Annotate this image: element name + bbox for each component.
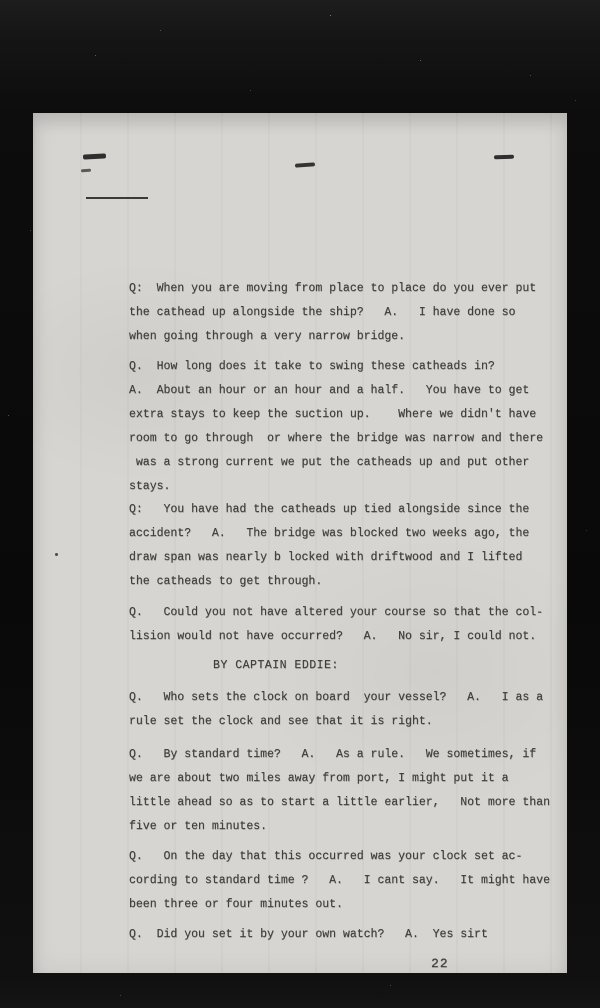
qa-paragraph: Q. Did you set it by your own watch? A. … [129, 923, 488, 947]
ink-mark [83, 153, 106, 159]
typed-line: cording to standard time ? A. I cant say… [129, 869, 550, 893]
qa-paragraph: Q: When you are moving from place to pla… [129, 277, 536, 349]
page-number: 22 [431, 952, 449, 976]
typed-line: we are about two miles away from port, I… [129, 767, 550, 791]
typed-line: extra stays to keep the suction up. Wher… [129, 403, 543, 427]
qa-paragraph: Q. How long does it take to swing these … [129, 355, 543, 499]
typed-line: five or ten minutes. [129, 815, 550, 839]
typed-line: lision would not have occurred? A. No si… [129, 625, 543, 649]
typed-line: stays. [129, 475, 543, 499]
typed-line: Q. On the day that this occurred was you… [129, 845, 550, 869]
typed-line: Q. Could you not have altered your cours… [129, 601, 543, 625]
qa-paragraph: Q: You have had the catheads up tied alo… [129, 498, 529, 594]
typed-line: room to go through or where the bridge w… [129, 427, 543, 451]
typed-line: A. About an hour or an hour and a half. … [129, 379, 543, 403]
qa-paragraph: Q. By standard time? A. As a rule. We so… [129, 743, 550, 839]
typed-line: Q. By standard time? A. As a rule. We so… [129, 743, 550, 767]
typed-line: rule set the clock and see that it is ri… [129, 710, 543, 734]
typed-line: Q: When you are moving from place to pla… [129, 277, 536, 301]
section-heading: BY CAPTAIN EDDIE: [213, 654, 339, 678]
ink-underline-mark [86, 197, 148, 199]
qa-paragraph: Q. On the day that this occurred was you… [129, 845, 550, 917]
ink-mark [295, 162, 315, 167]
typed-line: draw span was nearly b locked with drift… [129, 546, 529, 570]
typed-line: was a strong current we put the catheads… [129, 451, 543, 475]
typed-line: Q. Did you set it by your own watch? A. … [129, 923, 488, 947]
document-page: Q: When you are moving from place to pla… [33, 113, 567, 973]
typed-line: Q. Who sets the clock on board your vess… [129, 686, 543, 710]
typed-line: little ahead so as to start a little ear… [129, 791, 550, 815]
typed-line: the cathead up alongside the ship? A. I … [129, 301, 536, 325]
qa-paragraph: Q. Who sets the clock on board your vess… [129, 686, 543, 734]
qa-paragraph: Q. Could you not have altered your cours… [129, 601, 543, 649]
ink-mark [81, 169, 91, 173]
ink-speck [55, 553, 58, 556]
typed-line: when going through a very narrow bridge. [129, 325, 536, 349]
ink-mark [494, 155, 514, 160]
typed-line: the catheads to get through. [129, 570, 529, 594]
typed-line: Q. How long does it take to swing these … [129, 355, 543, 379]
typed-line: Q: You have had the catheads up tied alo… [129, 498, 529, 522]
typed-line: been three or four minutes out. [129, 893, 550, 917]
film-specks [330, 15, 331, 16]
typed-line: accident? A. The bridge was blocked two … [129, 522, 529, 546]
microfilm-background: Q: When you are moving from place to pla… [0, 0, 600, 1008]
